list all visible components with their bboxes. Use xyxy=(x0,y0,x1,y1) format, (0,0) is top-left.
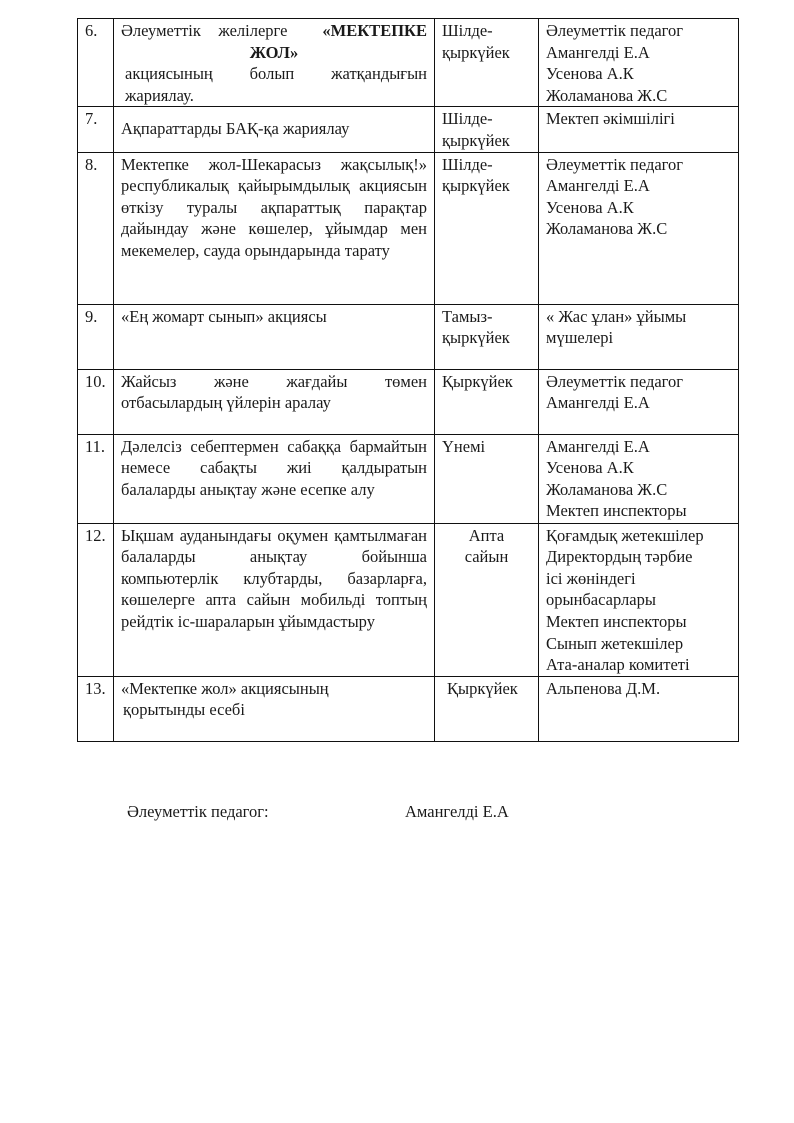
activity-cell: «Ең жомарт сынып» акциясы xyxy=(114,304,435,369)
term-cell: Апта сайын xyxy=(435,523,539,676)
row-number: 8. xyxy=(78,152,114,304)
row-number: 6. xyxy=(78,19,114,107)
row-number: 12. xyxy=(78,523,114,676)
signature-label: Әлеуметтік педагог: xyxy=(127,802,269,822)
activity-cell: Ақпараттарды БАҚ-қа жариялау xyxy=(114,107,435,152)
activity-cell: Әлеуметтік желілерге «МЕКТЕПКЕ ЖОЛ» акци… xyxy=(114,19,435,107)
term-cell: Қыркүйек xyxy=(435,369,539,434)
table-row: 12. Ықшам ауданындағы оқумен қамтылмаған… xyxy=(78,523,739,676)
term-cell: Үнемі xyxy=(435,434,539,523)
table-row: 13. «Мектепке жол» акциясының қорытынды … xyxy=(78,676,739,741)
responsible-cell: Мектеп әкімшілігі xyxy=(539,107,739,152)
table-row: 6. Әлеуметтік желілерге «МЕКТЕПКЕ ЖОЛ» а… xyxy=(78,19,739,107)
term-cell: Шілде- қыркүйек xyxy=(435,152,539,304)
responsible-cell: Қоғамдық жетекшілер Директордың тәрбие і… xyxy=(539,523,739,676)
table-row: 9. «Ең жомарт сынып» акциясы Тамыз- қырк… xyxy=(78,304,739,369)
document-page: 6. Әлеуметтік желілерге «МЕКТЕПКЕ ЖОЛ» а… xyxy=(0,0,794,1123)
term-cell: Шілде- қыркүйек xyxy=(435,107,539,152)
signature-name: Амангелді Е.А xyxy=(405,802,509,822)
table-row: 7. Ақпараттарды БАҚ-қа жариялау Шілде- қ… xyxy=(78,107,739,152)
row-number: 13. xyxy=(78,676,114,741)
table-row: 11. Дәлелсіз себептермен сабаққа бармайт… xyxy=(78,434,739,523)
responsible-cell: Амангелді Е.А Усенова А.К Жоламанова Ж.С… xyxy=(539,434,739,523)
row-number: 11. xyxy=(78,434,114,523)
activity-cell: Дәлелсіз себептермен сабаққа бармайтын н… xyxy=(114,434,435,523)
row-number: 7. xyxy=(78,107,114,152)
activity-cell: Жайсыз және жағдайы төмен отбасылардың ү… xyxy=(114,369,435,434)
responsible-cell: Әлеуметтік педагог Амангелді Е.А xyxy=(539,369,739,434)
activity-cell: Ықшам ауданындағы оқумен қамтылмаған бал… xyxy=(114,523,435,676)
term-cell: Қыркүйек xyxy=(435,676,539,741)
responsible-cell: « Жас ұлан» ұйымы мүшелері xyxy=(539,304,739,369)
table-row: 10. Жайсыз және жағдайы төмен отбасылард… xyxy=(78,369,739,434)
activity-plan-table: 6. Әлеуметтік желілерге «МЕКТЕПКЕ ЖОЛ» а… xyxy=(77,18,739,742)
responsible-cell: Әлеуметтік педагог Амангелді Е.А Усенова… xyxy=(539,19,739,107)
campaign-name: «МЕКТЕПКЕ xyxy=(322,21,427,40)
activity-cell: «Мектепке жол» акциясының қорытынды есеб… xyxy=(114,676,435,741)
responsible-cell: Альпенова Д.М. xyxy=(539,676,739,741)
row-number: 9. xyxy=(78,304,114,369)
term-cell: Шілде- қыркүйек xyxy=(435,19,539,107)
row-number: 10. xyxy=(78,369,114,434)
term-cell: Тамыз- қыркүйек xyxy=(435,304,539,369)
activity-cell: Мектепке жол-Шекарасыз жақсылық!» респуб… xyxy=(114,152,435,304)
responsible-cell: Әлеуметтік педагог Амангелді Е.А Усенова… xyxy=(539,152,739,304)
table-row: 8. Мектепке жол-Шекарасыз жақсылық!» рес… xyxy=(78,152,739,304)
